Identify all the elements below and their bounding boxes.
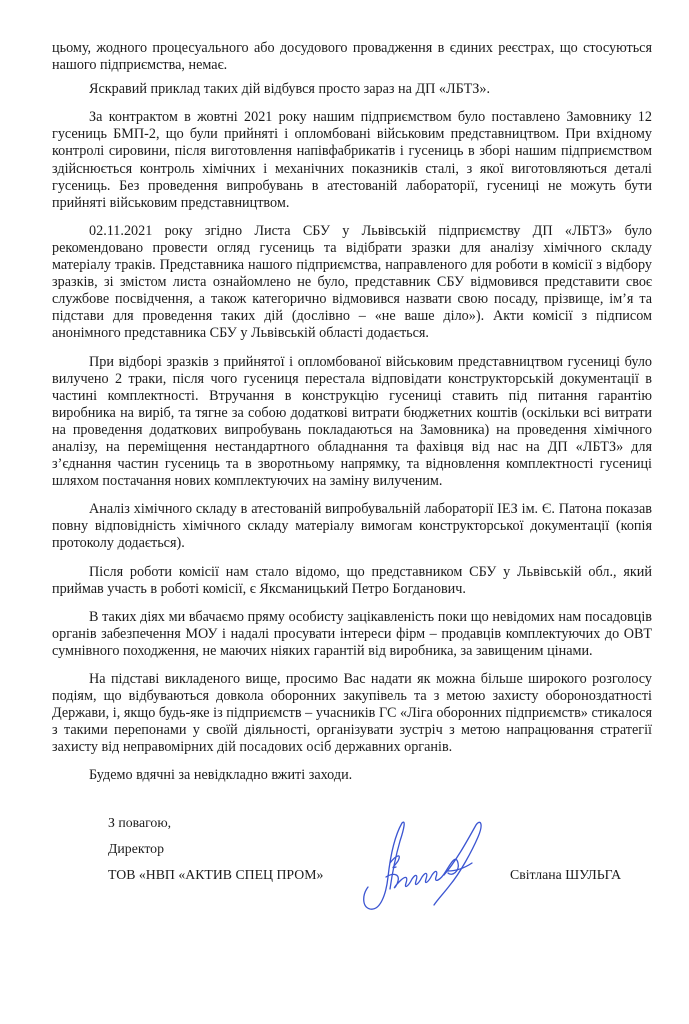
paragraph-example-intro: Яскравий приклад таких дій відбувся прос… [52,81,652,98]
paragraph-request: На підставі викладеного вище, просимо Ва… [52,671,652,756]
paragraph-continuation: цьому, жодного процесуального або досудо… [52,40,652,74]
paragraph-sbu-letter: 02.11.2021 року згідно Листа СБУ у Львів… [52,223,652,343]
paragraph-sample-selection: При відборі зразків з прийнятої і опломб… [52,354,652,491]
paragraph-contract: За контрактом в жовтні 2021 року нашим п… [52,109,652,212]
paragraph-analysis: Аналіз хімічного складу в атестованій ви… [52,501,652,552]
signature-icon [360,815,490,915]
signer-name: Світлана ШУЛЬГА [510,866,621,883]
letter-body: цьому, жодного процесуального або досудо… [52,40,652,792]
company-name: ТОВ «НВП «АКТИВ СПЕЦ ПРОМ» [108,866,323,883]
regards-text: З повагою, [108,814,171,831]
paragraph-sbu-representative: Після роботи комісії нам стало відомо, щ… [52,564,652,598]
position-text: Директор [108,840,164,857]
document-page: цьому, жодного процесуального або досудо… [0,0,689,1024]
paragraph-interest: В таких діях ми вбачаємо пряму особисту … [52,609,652,660]
paragraph-thanks: Будемо вдячні за невідкладно вжиті заход… [52,767,652,784]
